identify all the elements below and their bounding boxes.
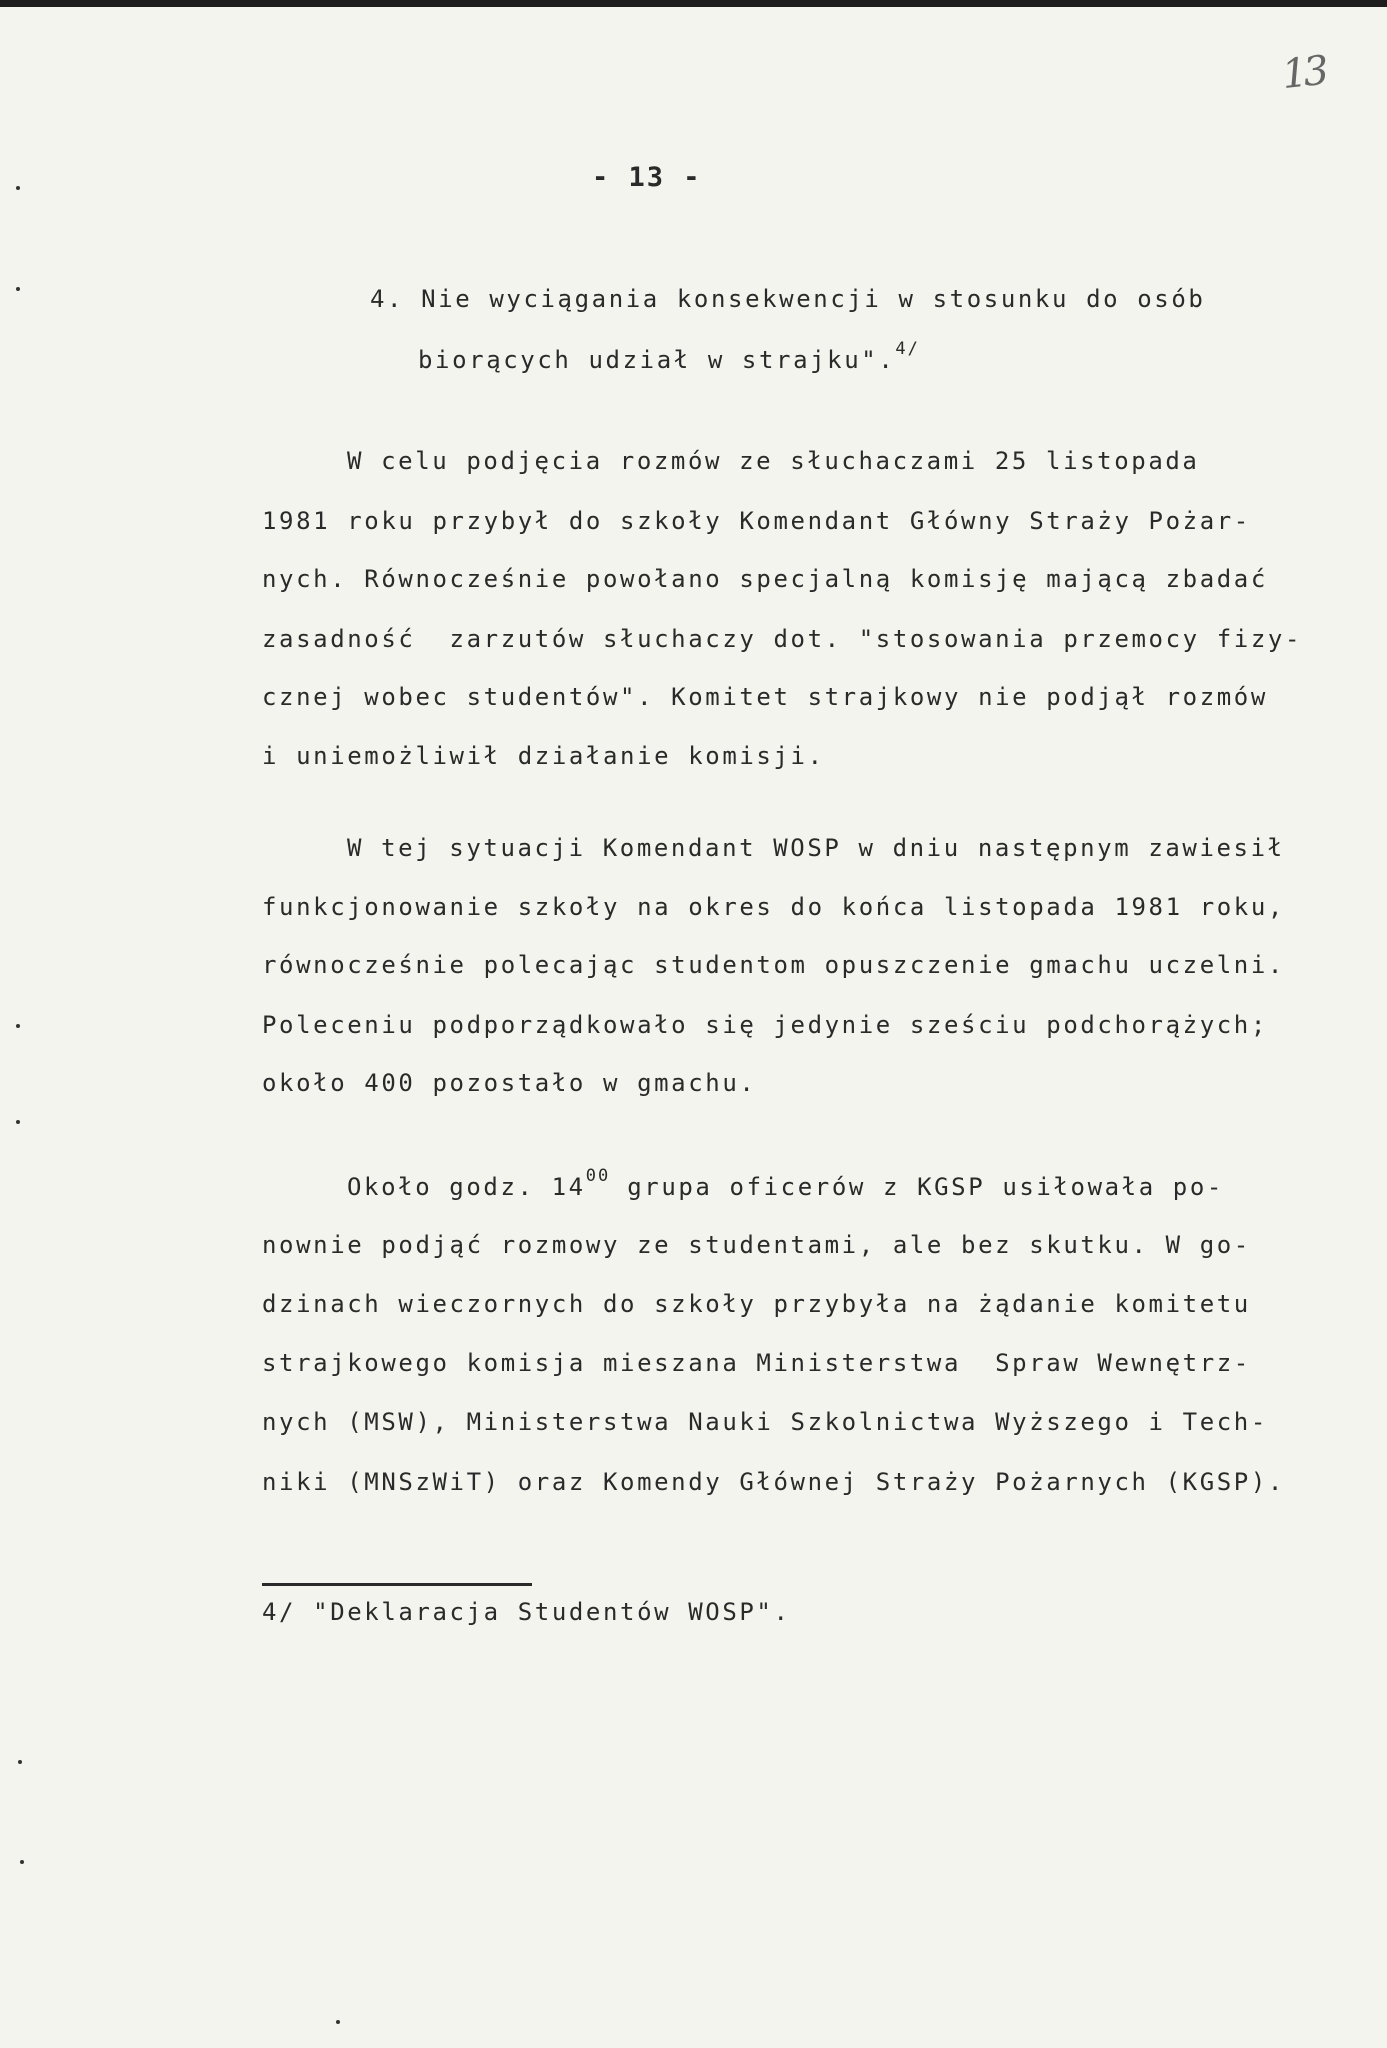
paragraph-line: funkcjonowanie szkoły na okres do końca … [262, 892, 1285, 922]
footnote: 4/ "Deklaracja Studentów WOSP". [262, 1597, 791, 1627]
footnote-separator [262, 1583, 532, 1586]
paragraph-line: nych. Równocześnie powołano specjalną ko… [262, 564, 1268, 594]
paragraph-text: grupa oficerów z KGSP usiłowała po- [610, 1173, 1224, 1201]
list-item-line: 4. Nie wyciągania konsekwencji w stosunk… [370, 284, 1205, 314]
paragraph-line: W celu podjęcia rozmów ze słuchaczami 25… [347, 446, 1199, 476]
paragraph-line: 1981 roku przybył do szkoły Komendant Gł… [262, 506, 1251, 536]
scan-speck [20, 1860, 24, 1864]
paragraph-line: strajkowego komisja mieszana Ministerstw… [262, 1348, 1251, 1378]
paragraph-line: W tej sytuacji Komendant WOSP w dniu nas… [347, 833, 1285, 863]
paragraph-line: i uniemożliwił działanie komisji. [262, 741, 825, 771]
paragraph-line: dzinach wieczornych do szkoły przybyła n… [262, 1289, 1251, 1319]
paragraph-line: niki (MNSzWiT) oraz Komendy Głównej Stra… [262, 1467, 1285, 1497]
paragraph-line: Poleceniu podporządkowało się jedynie sz… [262, 1010, 1268, 1040]
paragraph-line: zasadność zarzutów słuchaczy dot. "stoso… [262, 624, 1302, 654]
paragraph-line: cznej wobec studentów". Komitet strajkow… [262, 682, 1268, 712]
paragraph-line: około 400 pozostało w gmachu. [262, 1068, 756, 1098]
scan-speck [18, 1760, 22, 1764]
footnote-ref: 4/ [895, 339, 919, 359]
paragraph-line: nych (MSW), Ministerstwa Nauki Szkolnict… [262, 1407, 1268, 1437]
scan-top-edge [0, 0, 1387, 7]
list-item-text: biorących udział w strajku". [418, 346, 895, 374]
paragraph-line: Około godz. 1400 grupa oficerów z KGSP u… [347, 1172, 1224, 1202]
page-number: - 13 - [592, 162, 702, 193]
handwritten-page-number: 13 [1280, 48, 1327, 98]
list-item-line: biorących udział w strajku".4/ [418, 345, 920, 375]
scan-speck [336, 2020, 340, 2024]
paragraph-line: nownie podjąć rozmowy ze studentami, ale… [262, 1230, 1251, 1260]
scan-speck [16, 1024, 20, 1028]
scan-speck [16, 287, 20, 291]
paragraph-text: Około godz. 14 [347, 1173, 586, 1201]
time-superscript: 00 [586, 1166, 610, 1186]
scan-speck [16, 1120, 20, 1124]
paragraph-line: równocześnie polecając studentom opuszcz… [262, 950, 1285, 980]
scan-speck [16, 186, 20, 190]
